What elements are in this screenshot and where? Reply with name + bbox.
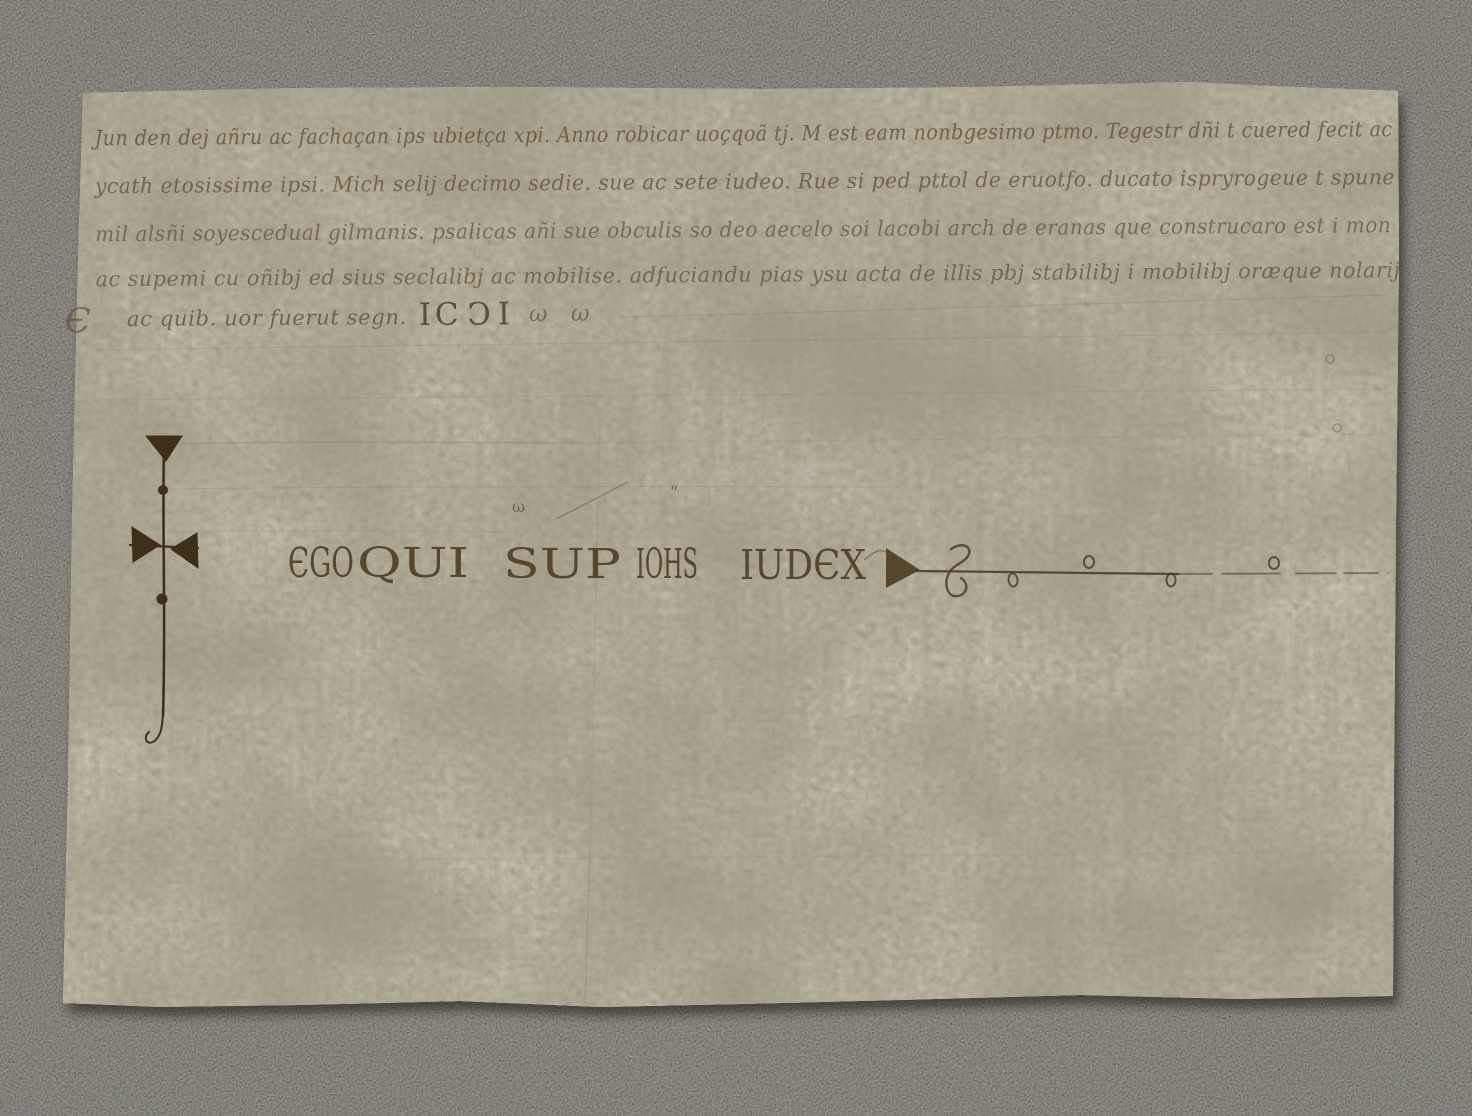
signature-word-iohs: IOHS	[636, 540, 698, 588]
iohs-abbreviation-mark: ʺ	[670, 484, 678, 505]
stain	[1130, 893, 1240, 977]
stain	[1230, 270, 1410, 670]
signature-word-sup: SUP	[503, 540, 621, 588]
script-line-5-initial: Є	[65, 301, 92, 341]
notarial-sign-letter: C	[435, 297, 459, 333]
script-line-5: ac quib. uor fuerut segn.	[127, 305, 407, 331]
signature-word-qui: QUI	[357, 539, 469, 587]
signature-word-iudex: IUDЄX	[740, 541, 866, 589]
stain	[480, 710, 1320, 890]
notarial-sign-letter-mirrored: C	[466, 296, 490, 332]
stain	[395, 908, 545, 992]
notarial-sign-letter: I	[419, 297, 432, 333]
cross-knot	[159, 486, 168, 495]
signature-word-ego: ЄGO	[288, 539, 354, 587]
sup-abbreviation-mark: ω	[512, 497, 525, 516]
stain	[90, 780, 250, 980]
notarial-sign-letter: I	[498, 296, 511, 332]
photograph-of-parchment-charter: Jun den dej añru ac fachaçan ips ubietça…	[0, 0, 1472, 1116]
cross-knot	[157, 594, 167, 604]
ring-marks-after-sign: ω ω	[529, 301, 598, 327]
